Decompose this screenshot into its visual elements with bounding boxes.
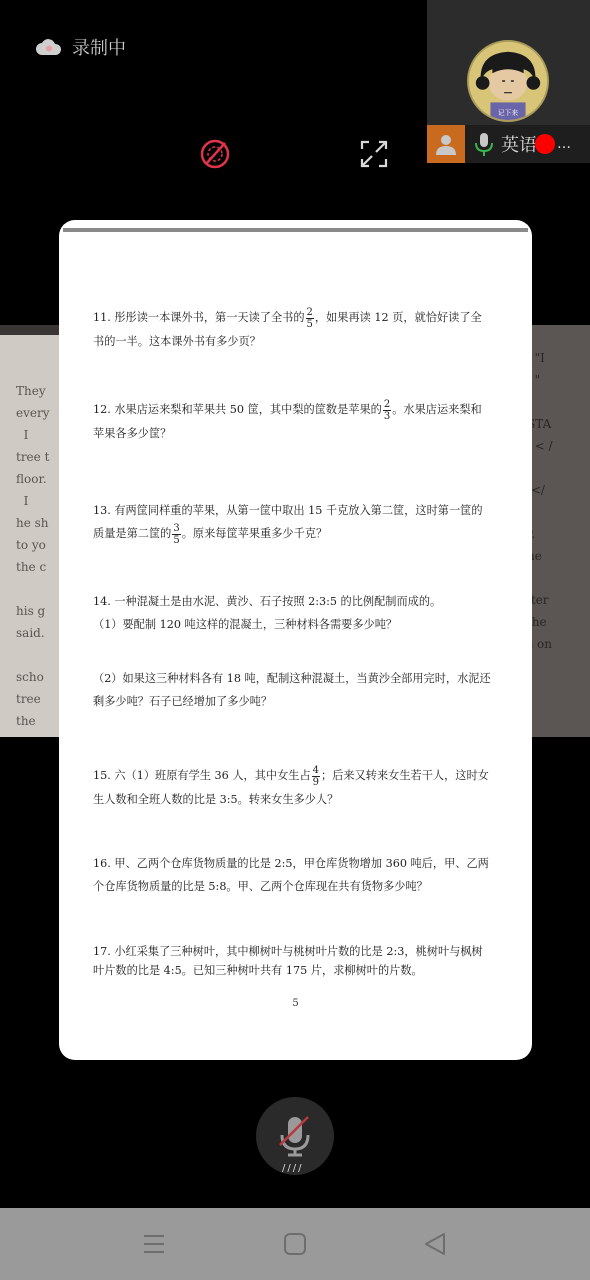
microphone-icon xyxy=(473,131,495,157)
camera-off-icon[interactable] xyxy=(199,138,231,170)
question-15: 15. 六（1）班原有学生 36 人，其中女生占49；后来又转来女生若干人，这时… xyxy=(93,764,503,811)
home-icon[interactable] xyxy=(279,1228,311,1260)
recording-status: 录制中 xyxy=(36,34,126,60)
fullscreen-icon[interactable] xyxy=(360,140,388,168)
page-number: 5 xyxy=(59,998,532,1009)
document-top-divider xyxy=(63,228,528,232)
cloud-icon xyxy=(36,39,62,55)
fraction: 49 xyxy=(312,765,320,788)
participant-name: 英语 xyxy=(501,131,537,157)
background-text-left: They every I tree t floor. I he sh to yo… xyxy=(16,380,50,737)
more-ellipsis[interactable]: … xyxy=(557,136,571,152)
svg-text:记下来: 记下来 xyxy=(498,108,519,117)
participant-pip[interactable]: 记下来 英语 … xyxy=(427,0,590,163)
avatar: 记下来 xyxy=(467,40,549,122)
question-12: 12. 水果店运来梨和苹果共 50 筐，其中梨的筐数是苹果的23。水果店运来梨和… xyxy=(93,398,503,445)
question-14: 14. 一种混凝土是由水泥、黄沙、石子按照 2:3:5 的比例配制而成的。 （1… xyxy=(93,590,503,636)
fraction: 23 xyxy=(383,399,391,422)
fraction: 25 xyxy=(306,307,314,330)
shared-document[interactable]: 11. 彤彤读一本课外书，第一天读了全书的25，如果再读 12 页，就恰好读了全… xyxy=(59,220,532,1060)
question-16: 16. 甲、乙两个仓库货物质量的比是 2:5，甲仓库货物增加 360 吨后，甲、… xyxy=(93,852,503,898)
question-17: 17. 小红采集了三种树叶，其中柳树叶与桃树叶片数的比是 2:3，桃树叶与枫树 … xyxy=(93,942,503,980)
system-nav-bar xyxy=(0,1208,590,1280)
question-14-part-2: （2）如果这三种材料各有 18 吨，配制这种混凝土，当黄沙全部用完时，水泥还 剩… xyxy=(93,667,503,713)
question-11: 11. 彤彤读一本课外书，第一天读了全书的25，如果再读 12 页，就恰好读了全… xyxy=(93,306,503,353)
participant-bar: 英语 … xyxy=(427,125,590,163)
back-icon[interactable] xyxy=(420,1228,452,1260)
question-13: 13. 有两筐同样重的苹果，从第一筐中取出 15 千克放入第二筐，这时第一筐的 … xyxy=(93,499,503,546)
user-icon xyxy=(427,125,465,163)
cartoon-avatar-icon: 记下来 xyxy=(469,42,547,120)
menu-icon[interactable] xyxy=(138,1228,170,1260)
recording-dot xyxy=(535,134,555,154)
fraction: 35 xyxy=(172,523,180,546)
recording-label: 录制中 xyxy=(72,34,126,60)
mic-level-indicator: //// xyxy=(282,1163,303,1174)
background-page-right: "I " STA < / </ r. he lter the s on xyxy=(525,325,590,737)
